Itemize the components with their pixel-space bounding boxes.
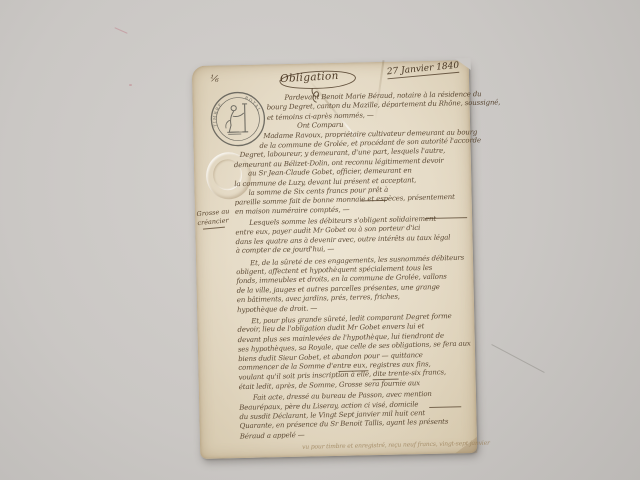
- surface-scratch: [114, 27, 127, 34]
- document-date: 27 Janvier 1840: [386, 61, 459, 80]
- surface-scratch: [129, 84, 132, 86]
- margin-note-line2: créancier: [197, 216, 229, 227]
- svg-text:TIMBRE: TIMBRE: [212, 101, 224, 127]
- surface-scratch: [491, 344, 544, 373]
- paraph-mark: ⅙: [209, 74, 219, 85]
- handwritten-body: Pardevant Benoit Marie Béraud, notaire à…: [232, 90, 468, 453]
- faded-registration-note: vu pour timbre et enregistré, reçu neuf …: [302, 439, 468, 452]
- stamp-rim-text-left: TIMBRE: [212, 101, 224, 127]
- document-paper: ⅙ TIMBRE ROYAL: [192, 60, 478, 459]
- margin-note: Grosse au créancier: [196, 207, 231, 230]
- photograph-background: ⅙ TIMBRE ROYAL: [0, 0, 640, 480]
- margin-note-underline: [203, 227, 225, 230]
